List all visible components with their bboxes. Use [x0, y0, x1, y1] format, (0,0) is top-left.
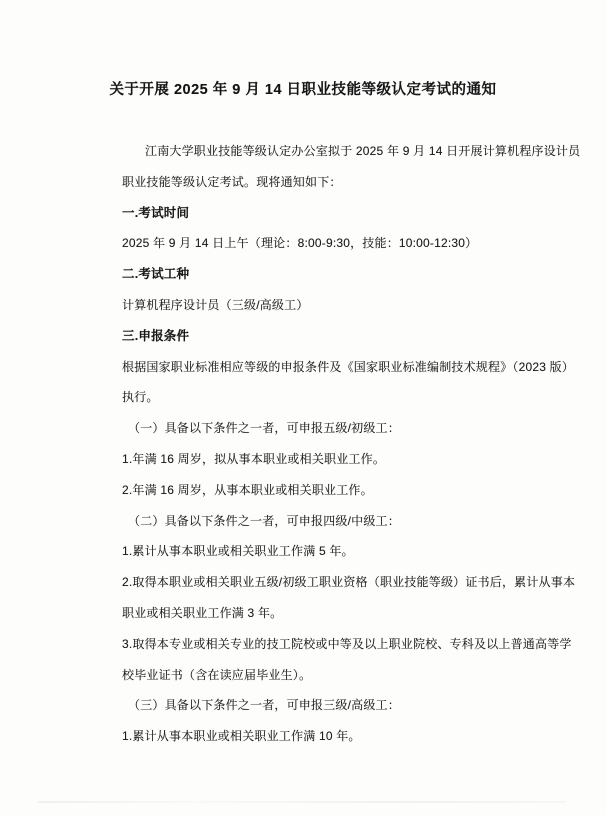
scanned-notice-page: 关于开展 2025 年 9 月 14 日职业技能等级认定考试的通知 江南大学职业… [0, 0, 606, 815]
condition-group-level3-heading: （三）具备以下条件之一者，可申报三级/高级工： [122, 690, 502, 721]
intro-paragraph-line: 江南大学职业技能等级认定办公室拟于 2025 年 9 月 14 日开展计算机程序… [122, 136, 502, 167]
document-title: 关于开展 2025 年 9 月 14 日职业技能等级认定考试的通知 [40, 76, 566, 104]
condition-item: 1.累计从事本职业或相关职业工作满 5 年。 [122, 536, 502, 567]
exam-time-line: 2025 年 9 月 14 日上午（理论：8:00-9:30，技能：10:00-… [122, 228, 502, 259]
section-heading-exam-occupation: 二.考试工种 [122, 259, 502, 290]
condition-item: 3.取得本专业或相关专业的技工院校或中等及以上职业院校、专科及以上普通高等学 [122, 629, 502, 660]
section-heading-application-conditions: 三.申报条件 [122, 321, 502, 352]
conditions-basis-line: 根据国家职业标准相应等级的申报条件及《国家职业标准编制技术规程》（2023 版） [122, 352, 502, 383]
section-heading-exam-time: 一.考试时间 [122, 198, 502, 229]
document-body: 江南大学职业技能等级认定办公室拟于 2025 年 9 月 14 日开展计算机程序… [122, 136, 502, 752]
condition-item: 1.年满 16 周岁，拟从事本职业或相关职业工作。 [122, 444, 502, 475]
condition-item-continuation: 校毕业证书（含在读应届毕业生）。 [122, 660, 502, 691]
condition-group-level5-heading: （一）具备以下条件之一者，可申报五级/初级工： [122, 413, 502, 444]
condition-item-continuation: 职业或相关职业工作满 3 年。 [122, 598, 502, 629]
condition-item: 1.累计从事本职业或相关职业工作满 10 年。 [122, 721, 502, 752]
conditions-basis-line: 执行。 [122, 382, 502, 413]
paper-edge-shadow [38, 801, 566, 803]
condition-group-level4-heading: （二）具备以下条件之一者，可申报四级/中级工： [122, 506, 502, 537]
condition-item: 2.年满 16 周岁，从事本职业或相关职业工作。 [122, 475, 502, 506]
condition-item: 2.取得本职业或相关职业五级/初级工职业资格（职业技能等级）证书后，累计从事本 [122, 567, 502, 598]
exam-occupation-line: 计算机程序设计员（三级/高级工） [122, 290, 502, 321]
intro-paragraph-line: 职业技能等级认定考试。现将通知如下： [122, 167, 502, 198]
